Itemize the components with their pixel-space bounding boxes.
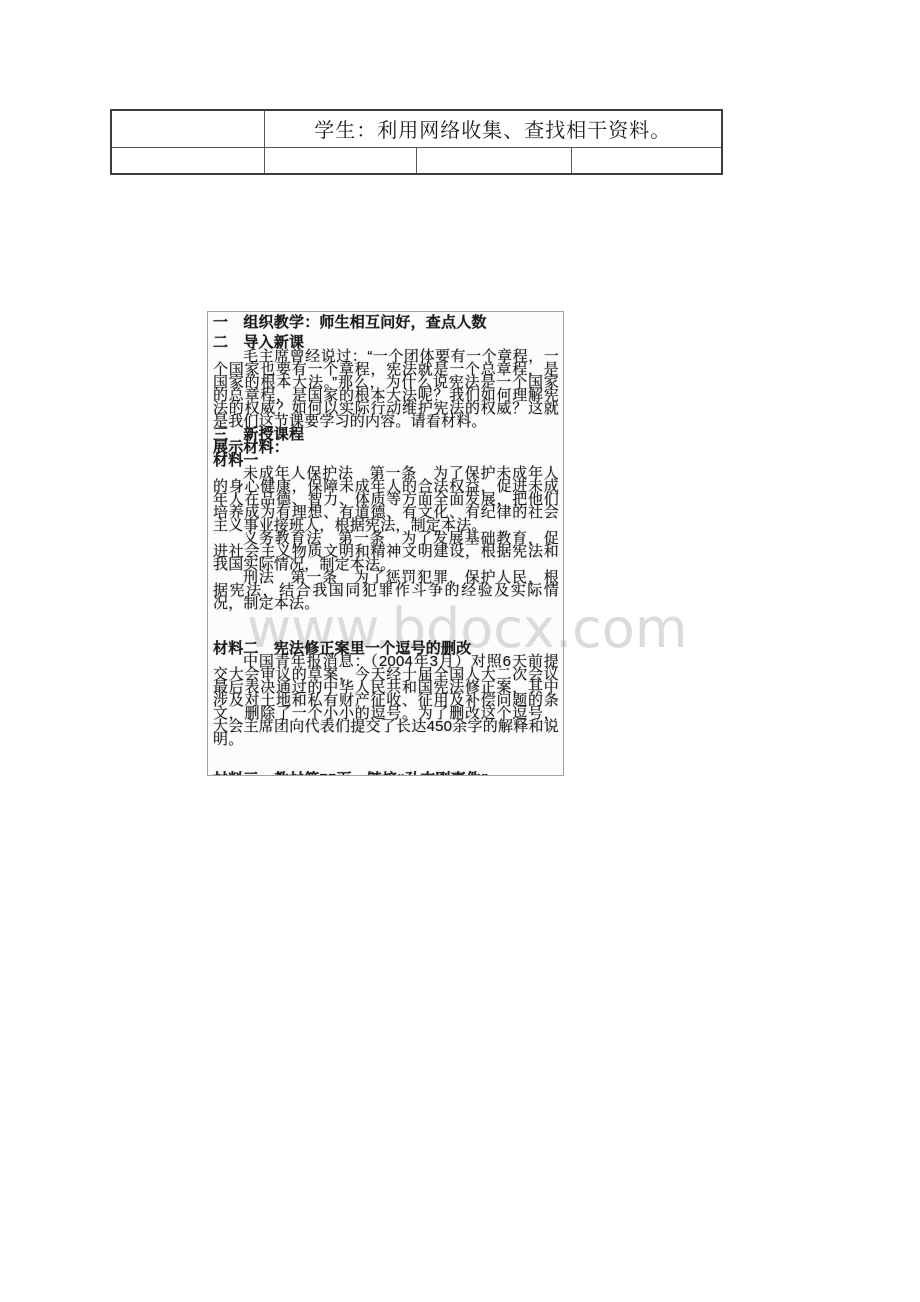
mao-quote-paragraph: 毛主席曾经说过：“一个团体要有一个章程，一个国家也要有一个章程，宪法就是一个总章… — [213, 350, 559, 428]
material1-criminal-law-paragraph: 刑法 第一条 为了惩罚犯罪，保护人民，根据宪法，结合我国同犯罪作斗争的经验及实际… — [213, 571, 559, 610]
lesson-prep-table: 学生：利用网络收集、查找相干资料。 — [110, 109, 723, 175]
material2-news-paragraph: 中国青年报消息：（2004年3月）对照6天前提交大会审议的草案，今天经十届全国人… — [213, 655, 559, 746]
lesson-plan-image: 一 组织教学：师生相互问好，查点人数 二 导入新课 毛主席曾经说过：“一个团体要… — [207, 311, 564, 776]
organize-teaching-line: 一 组织教学：师生相互问好，查点人数 — [213, 315, 559, 331]
material3-heading: 材料三 教材第75页：链接“孙志刚事件” — [213, 772, 559, 776]
prep-table-cell-empty-2 — [264, 148, 416, 175]
document-page: 学生：利用网络收集、查找相干资料。 一 组织教学：师生相互问好，查点人数 二 导… — [0, 0, 920, 1302]
prep-table-cell-empty-1 — [111, 148, 264, 175]
material1-compulsory-education-paragraph: 义务教育法 第一条 为了发展基础教育，促进社会主义物质文明和精神文明建设，根据宪… — [213, 532, 559, 571]
prep-table-cell-empty-4 — [571, 148, 722, 175]
show-materials-line: 展示材料： — [213, 441, 559, 454]
material1-minor-protection-paragraph: 未成年人保护法 第一条 为了保护未成年人的身心健康，保障未成年人的合法权益，促进… — [213, 467, 559, 532]
prep-table-cell-blank-left — [111, 110, 264, 148]
prep-table-cell-empty-3 — [416, 148, 571, 175]
prep-table-cell-student-task: 学生：利用网络收集、查找相干资料。 — [264, 110, 722, 148]
student-task-text: 学生：利用网络收集、查找相干资料。 — [265, 111, 722, 143]
